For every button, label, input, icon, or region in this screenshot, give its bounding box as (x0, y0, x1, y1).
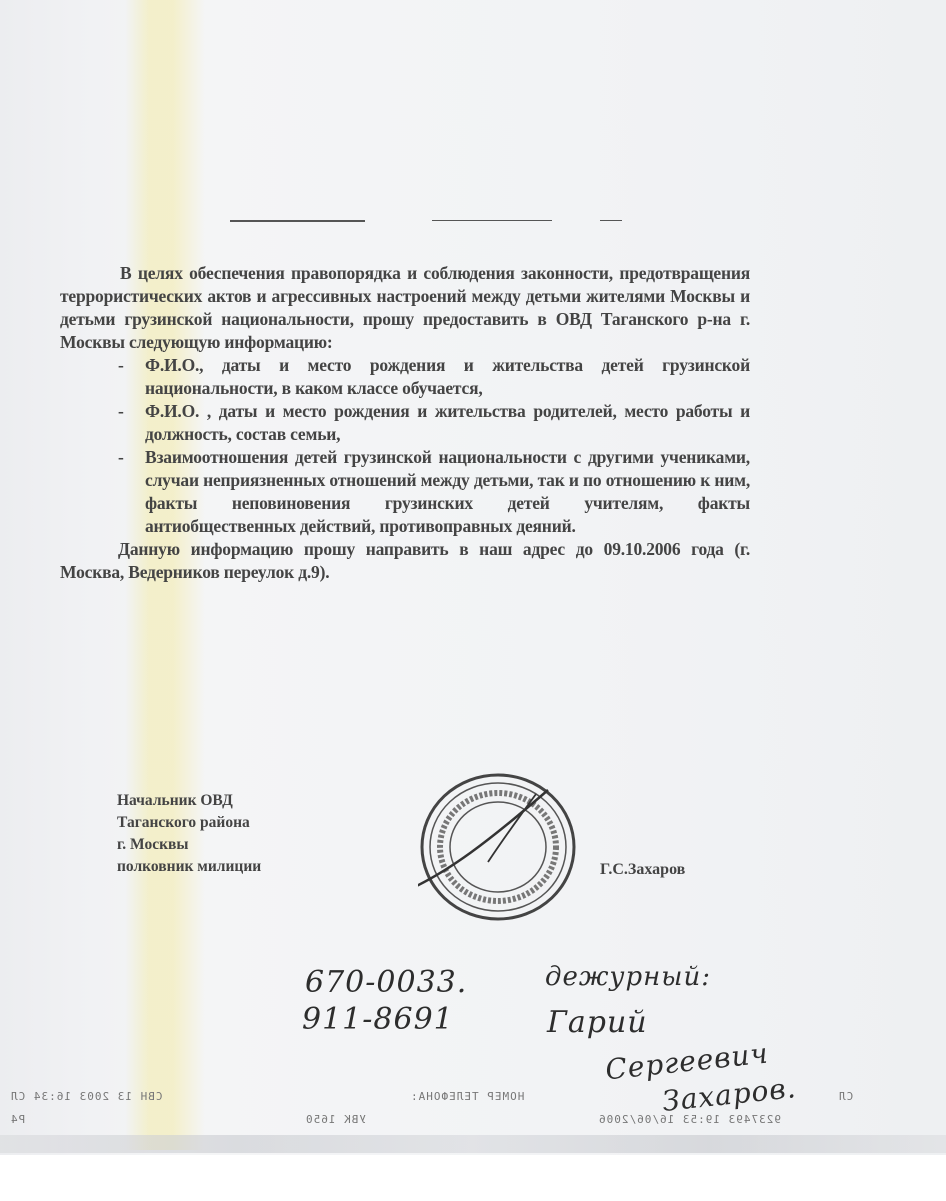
official-seal-stamp (418, 772, 578, 922)
handwritten-phone-1: 670-0033. (305, 965, 467, 1000)
fax-header-line2-mid: УВК 1650 (305, 1113, 366, 1126)
signatory-line: Таганского района (117, 812, 261, 834)
bullet-marker: - (118, 400, 124, 423)
header-rule-right (432, 220, 552, 221)
scanned-document: В целях обеспечения правопорядка и соблю… (0, 0, 946, 1201)
list-item-text: Ф.И.О. , даты и место рождения и жительс… (145, 401, 750, 444)
header-rule-dot (600, 220, 622, 221)
fax-header-line2-left: Р4 (10, 1113, 25, 1126)
signatory-title: Начальник ОВД Таганского района г. Москв… (117, 790, 261, 878)
list-item: - Ф.И.О. , даты и место рождения и жител… (60, 400, 750, 446)
signatory-line: г. Москвы (117, 834, 261, 856)
scan-edge-noise (0, 1135, 946, 1153)
list-item: - Взаимоотношения детей грузинской нацио… (60, 446, 750, 538)
signatory-line: Начальник ОВД (117, 790, 261, 812)
bullet-marker: - (118, 446, 124, 469)
handwritten-first-name: Гарий (547, 1005, 648, 1040)
list-item-text: Взаимоотношения детей грузинской национа… (145, 447, 750, 536)
request-list: - Ф.И.О., даты и место рождения и житель… (60, 354, 750, 538)
handwritten-phone-2: 911-8691 (302, 1002, 454, 1037)
fax-header-line2-right: 9237493 19:53 16/06/2006 (598, 1113, 781, 1126)
fax-header-line1-left: СВН 13 2003 16:34 СЛ (10, 1090, 162, 1103)
header-rule-left (230, 220, 365, 222)
signatory-line: полковник милиции (117, 856, 261, 878)
fax-header-line1-mid: НОМЕР ТЕЛЕФОНА: (410, 1090, 524, 1103)
handwritten-label-duty: дежурный: (545, 962, 711, 992)
list-item-text: Ф.И.О., даты и место рождения и жительст… (145, 355, 750, 398)
intro-paragraph: В целях обеспечения правопорядка и соблю… (60, 262, 750, 354)
signatory-name: Г.С.Захаров (600, 861, 685, 879)
closing-paragraph: Данную информацию прошу направить в наш … (60, 538, 750, 584)
bullet-marker: - (118, 354, 124, 377)
list-item: - Ф.И.О., даты и место рождения и житель… (60, 354, 750, 400)
letter-body: В целях обеспечения правопорядка и соблю… (60, 262, 750, 584)
page-bottom-margin (0, 1155, 946, 1201)
fax-header-line1-right: СЛ (838, 1090, 853, 1103)
